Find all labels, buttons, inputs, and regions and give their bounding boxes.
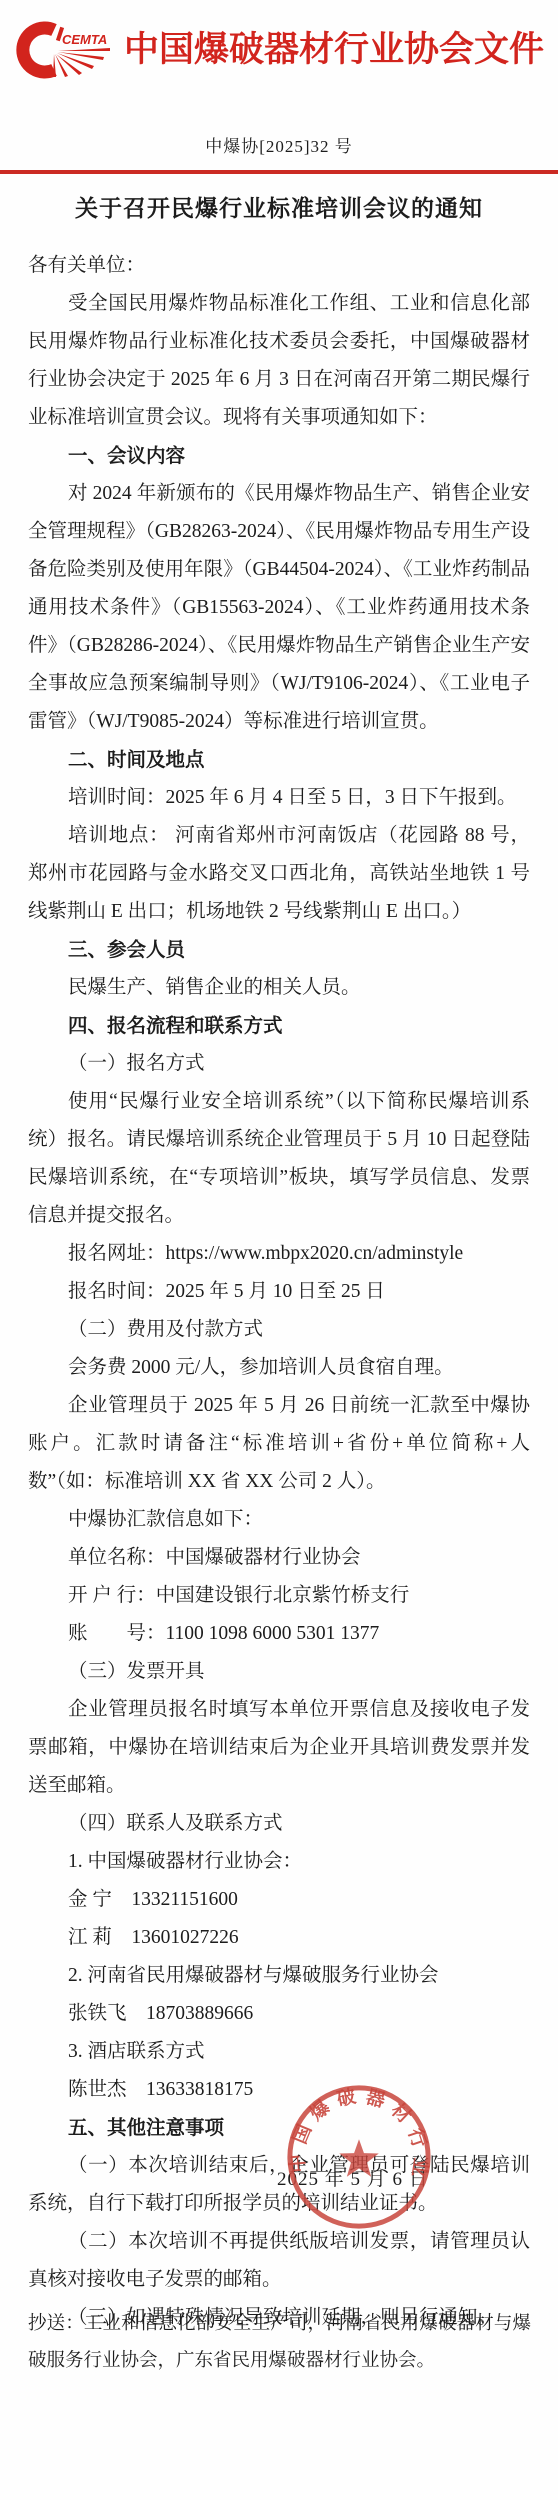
paragraph: 会务费 2000 元/人，参加培训人员食宿自理。 (28, 1349, 530, 1387)
cemta-logo-icon: CEMTA (14, 18, 120, 82)
paragraph: 中爆协汇款信息如下： (28, 1501, 530, 1539)
paragraph: 张铁飞 18703889666 (28, 1995, 530, 2033)
paragraph: 报名网址：https://www.mbpx2020.cn/adminstyle (28, 1235, 530, 1273)
paragraph: 金 宁 13321151600 (28, 1881, 530, 1919)
org-title: 中国爆破器材行业协会文件 (124, 18, 544, 82)
paragraph: 对 2024 年新颁布的《民用爆炸物品生产、销售企业安全管理规程》（GB2826… (28, 475, 530, 741)
paragraph: （四）联系人及联系方式 (28, 1805, 530, 1843)
section-heading: 二、时间及地点 (28, 741, 530, 779)
paragraph: 报名时间：2025 年 5 月 10 日至 25 日 (28, 1273, 530, 1311)
paragraph: 单位名称：中国爆破器材行业协会 (28, 1539, 530, 1577)
paragraph: 使用“民爆行业安全培训系统”（以下简称民爆培训系统）报名。请民爆培训系统企业管理… (28, 1083, 530, 1235)
paragraph: 陈世杰 13633818175 (28, 2071, 530, 2109)
paragraph: 民爆生产、销售企业的相关人员。 (28, 969, 530, 1007)
document-page: CEMTA 中国爆破器材行业协会文件 中爆协[2025]32 号 关于召开民爆行… (0, 0, 558, 2500)
official-seal-stamp: 中国爆破器材行业协会 (280, 2076, 438, 2234)
red-divider (0, 170, 558, 174)
paragraph: 1. 中国爆破器材行业协会： (28, 1843, 530, 1881)
seal-star-icon (339, 2139, 379, 2177)
doc-number: 中爆协[2025]32 号 (0, 132, 558, 157)
document-body: 各有关单位： 受全国民用爆炸物品标准化工作组、工业和信息化部民用爆炸物品行业标准… (28, 247, 530, 2337)
page-title: 关于召开民爆行业标准培训会议的通知 (0, 190, 558, 223)
paragraph: 受全国民用爆炸物品标准化工作组、工业和信息化部民用爆炸物品行业标准化技术委员会委… (28, 285, 530, 437)
section-heading: 四、报名流程和联系方式 (28, 1007, 530, 1045)
section-heading: 三、参会人员 (28, 931, 530, 969)
paragraph: 账 号：1100 1098 6000 5301 1377 (28, 1615, 530, 1653)
section-heading: 五、其他注意事项 (28, 2109, 530, 2147)
paragraph: 培训地点： 河南省郑州市河南饭店（花园路 88 号，郑州市花园路与金水路交叉口西… (28, 817, 530, 931)
cc-footer: 抄送：工业和信息化部安全生产司，河南省民用爆破器材与爆破服务行业协会，广东省民用… (28, 2306, 531, 2380)
paragraph: （一）报名方式 (28, 1045, 530, 1083)
paragraph: （二）费用及付款方式 (28, 1311, 530, 1349)
logo-letters: CEMTA (62, 32, 107, 47)
paragraph: 企业管理员于 2025 年 5 月 26 日前统一汇款至中爆协账户。汇款时请备注… (28, 1387, 530, 1501)
section-heading: 一、会议内容 (28, 437, 530, 475)
paragraph: 企业管理员报名时填写本单位开票信息及接收电子发票邮箱，中爆协在培训结束后为企业开… (28, 1691, 530, 1805)
paragraph-list: 受全国民用爆炸物品标准化工作组、工业和信息化部民用爆炸物品行业标准化技术委员会委… (28, 285, 530, 2337)
paragraph: 培训时间：2025 年 6 月 4 日至 5 日，3 日下午报到。 (28, 779, 530, 817)
document-header: CEMTA 中国爆破器材行业协会文件 (0, 0, 558, 82)
paragraph: （三）发票开具 (28, 1653, 530, 1691)
paragraph: 江 莉 13601027226 (28, 1919, 530, 1957)
paragraph: 3. 酒店联系方式 (28, 2033, 530, 2071)
paragraph: 2. 河南省民用爆破器材与爆破服务行业协会 (28, 1957, 530, 1995)
salutation: 各有关单位： (28, 247, 530, 285)
paragraph: 开 户 行：中国建设银行北京紫竹桥支行 (28, 1577, 530, 1615)
paragraph: （二）本次培训不再提供纸版培训发票，请管理员认真核对接收电子发票的邮箱。 (28, 2223, 530, 2299)
